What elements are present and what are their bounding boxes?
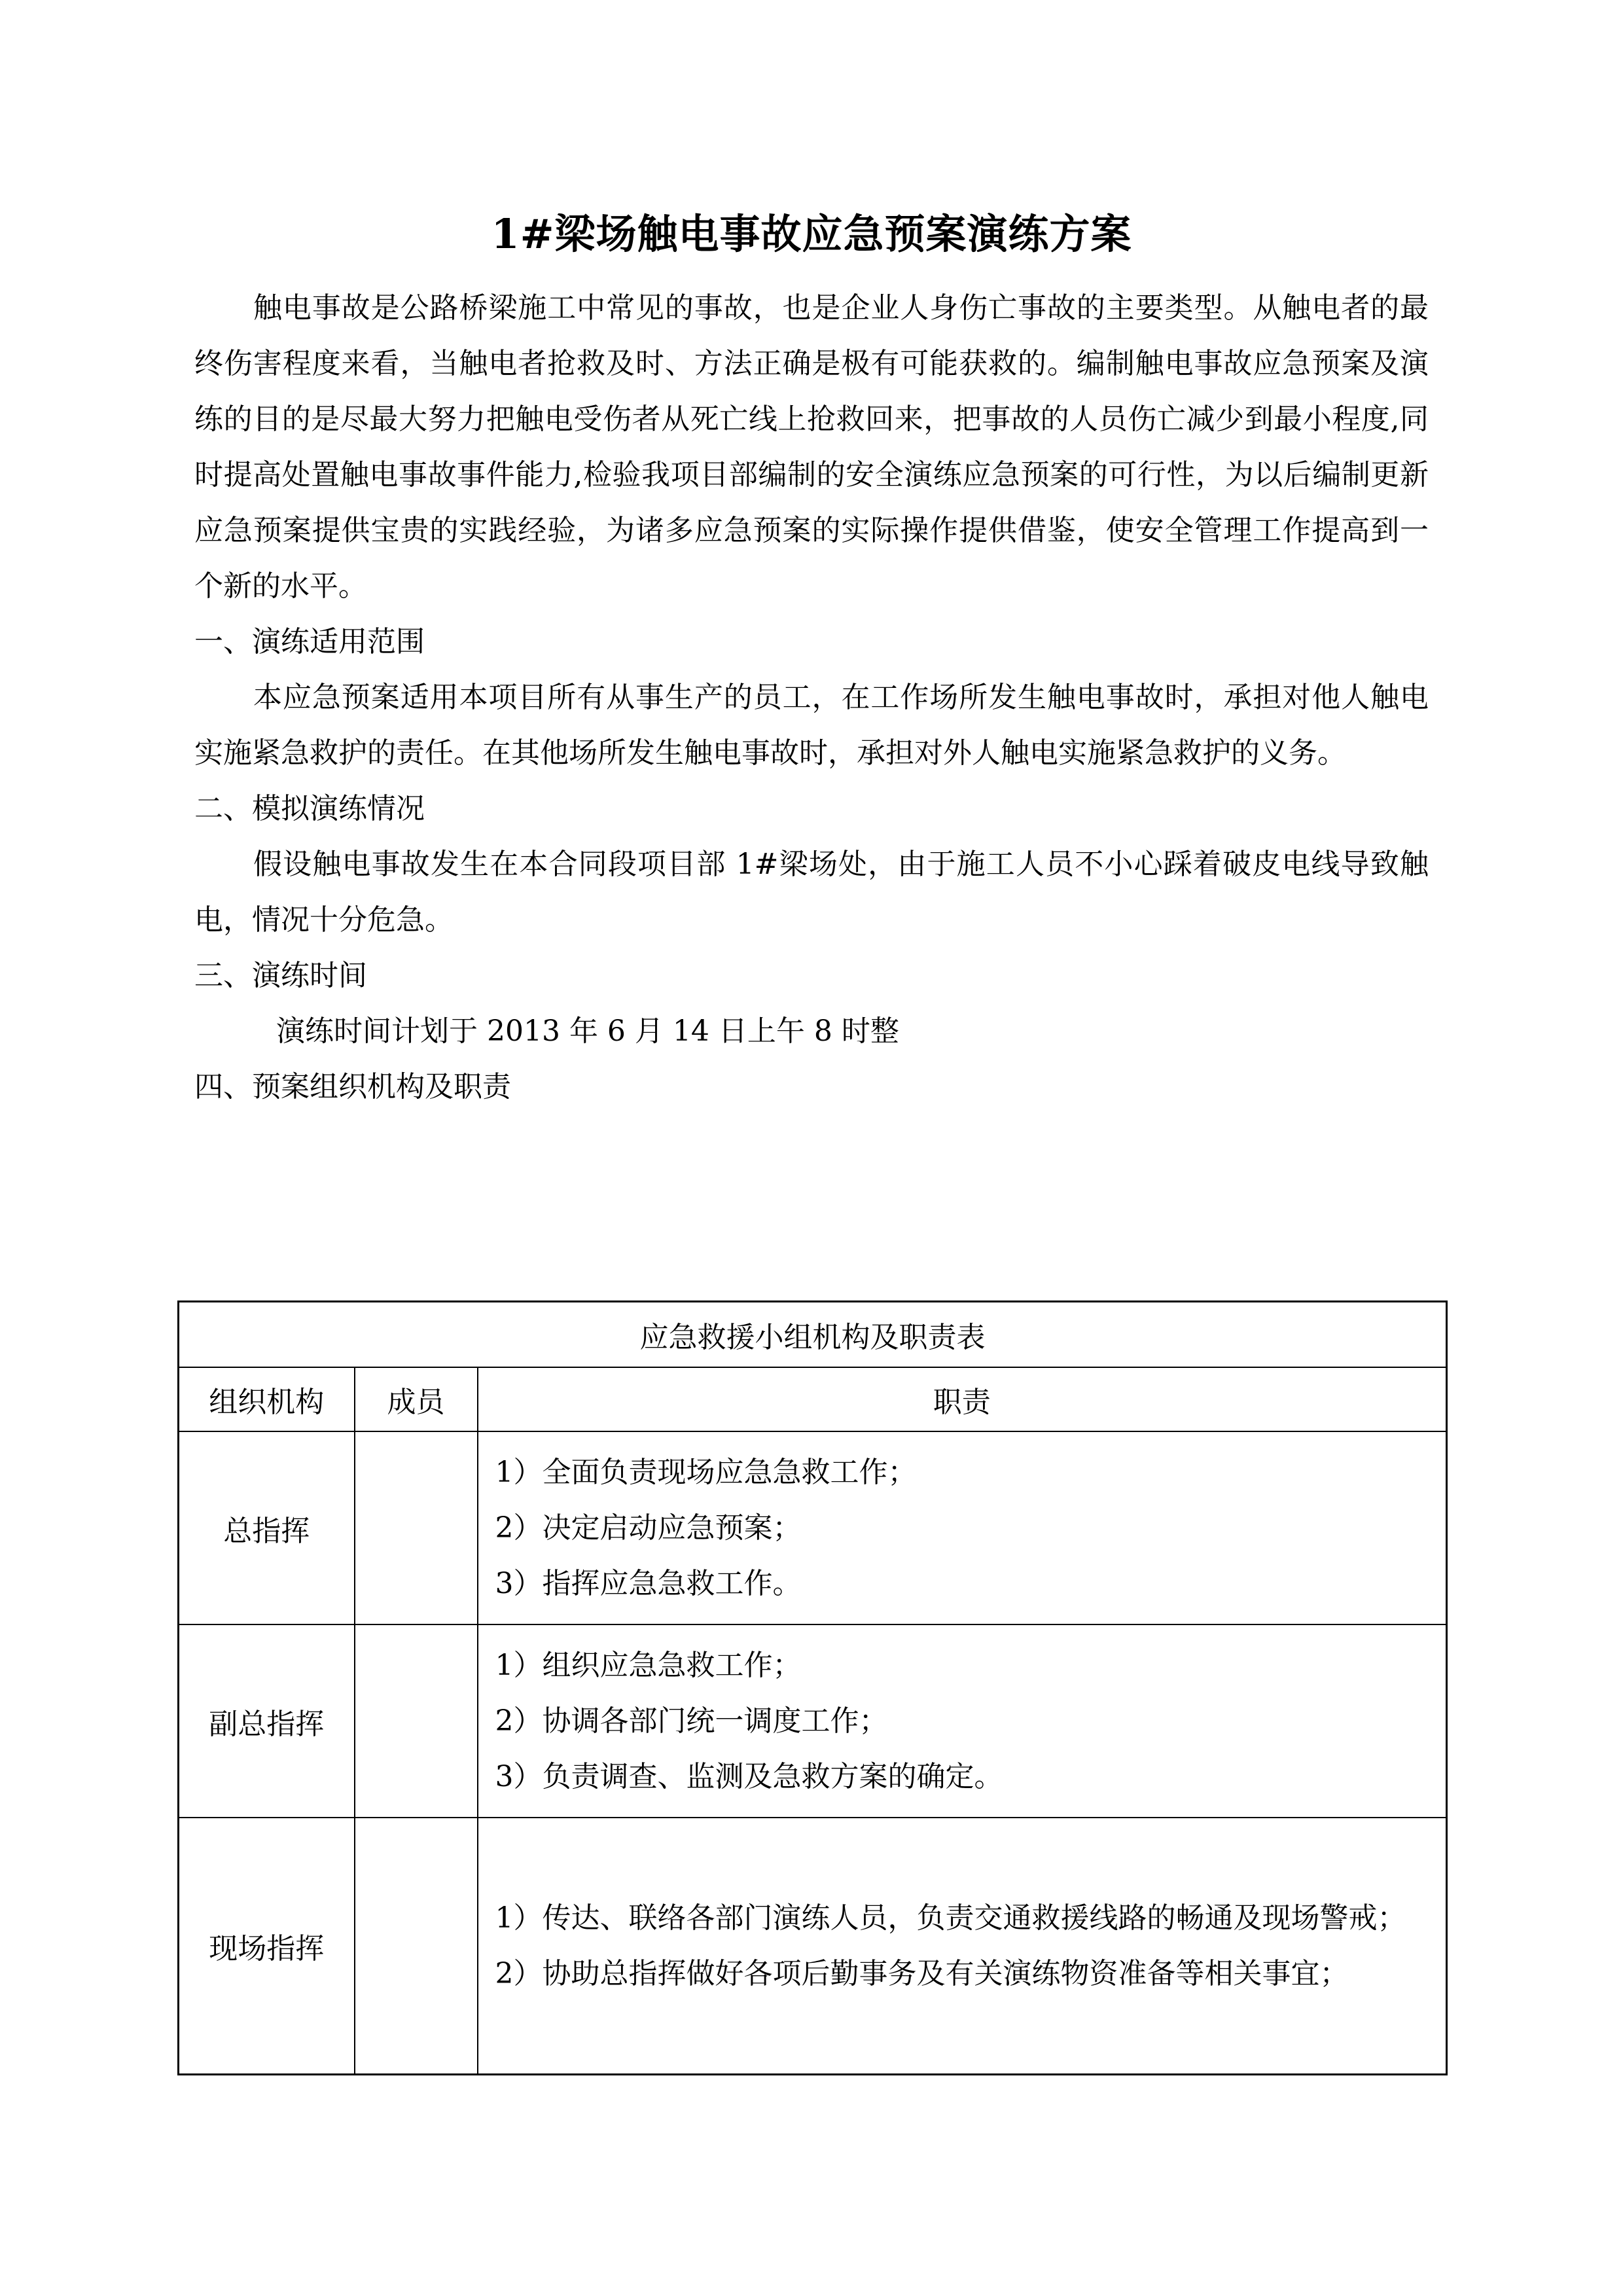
header-members: 成员 (355, 1367, 478, 1431)
duty-item: 3）负责调查、监测及急救方案的确定。 (495, 1749, 1435, 1804)
duty-item: 1）全面负责现场应急急救工作； (495, 1444, 1435, 1500)
section-body-scenario: 假设触电事故发生在本合同段项目部 1#梁场处，由于施工人员不小心踩着破皮电线导致… (194, 836, 1429, 948)
header-duties: 职责 (478, 1367, 1447, 1431)
members-cell (355, 1431, 478, 1624)
org-cell: 总指挥 (179, 1431, 355, 1624)
duty-item: 2）协助总指挥做好各项后勤事务及有关演练物资准备等相关事宜； (495, 1946, 1435, 2001)
intro-paragraph: 触电事故是公路桥梁施工中常见的事故，也是企业人身伤亡事故的主要类型。从触电者的最… (194, 280, 1429, 614)
section-heading-organization: 四、预案组织机构及职责 (194, 1059, 1429, 1115)
table-row: 总指挥 1）全面负责现场应急急救工作； 2）决定启动应急预案； 3）指挥应急急救… (179, 1431, 1447, 1624)
duties-cell: 1）传达、联络各部门演练人员，负责交通救援线路的畅通及现场警戒； 2）协助总指挥… (478, 1818, 1447, 2075)
duty-table: 应急救援小组机构及职责表 组织机构 成员 职责 总指挥 1）全面负责现场应急急救… (177, 1300, 1448, 2075)
table-header-row: 组织机构 成员 职责 (179, 1367, 1447, 1431)
duty-item: 1）组织应急急救工作； (495, 1638, 1435, 1693)
table-row: 副总指挥 1）组织应急急救工作； 2）协调各部门统一调度工作； 3）负责调查、监… (179, 1624, 1447, 1818)
page-title: 1#梁场触电事故应急预案演练方案 (0, 208, 1623, 260)
duty-item: 2）决定启动应急预案； (495, 1500, 1435, 1556)
header-org: 组织机构 (179, 1367, 355, 1431)
table-caption: 应急救援小组机构及职责表 (179, 1302, 1447, 1368)
duty-item: 2）协调各部门统一调度工作； (495, 1693, 1435, 1749)
duty-item: 3）指挥应急急救工作。 (495, 1556, 1435, 1611)
section-body-scope: 本应急预案适用本项目所有从事生产的员工，在工作场所发生触电事故时，承担对他人触电… (194, 670, 1429, 781)
section-heading-scope: 一、演练适用范围 (194, 614, 1429, 670)
org-cell: 副总指挥 (179, 1624, 355, 1818)
section-body-time: 演练时间计划于 2013 年 6 月 14 日上午 8 时整 (194, 1003, 1429, 1059)
table-row: 现场指挥 1）传达、联络各部门演练人员，负责交通救援线路的畅通及现场警戒； 2）… (179, 1818, 1447, 2075)
document-body: 触电事故是公路桥梁施工中常见的事故，也是企业人身伤亡事故的主要类型。从触电者的最… (194, 280, 1429, 1115)
members-cell (355, 1624, 478, 1818)
duties-cell: 1）全面负责现场应急急救工作； 2）决定启动应急预案； 3）指挥应急急救工作。 (478, 1431, 1447, 1624)
section-heading-time: 三、演练时间 (194, 948, 1429, 1003)
org-cell: 现场指挥 (179, 1818, 355, 2075)
section-heading-scenario: 二、模拟演练情况 (194, 781, 1429, 836)
table-caption-row: 应急救援小组机构及职责表 (179, 1302, 1447, 1368)
members-cell (355, 1818, 478, 2075)
duties-cell: 1）组织应急急救工作； 2）协调各部门统一调度工作； 3）负责调查、监测及急救方… (478, 1624, 1447, 1818)
duty-item: 1）传达、联络各部门演练人员，负责交通救援线路的畅通及现场警戒； (495, 1890, 1435, 1946)
